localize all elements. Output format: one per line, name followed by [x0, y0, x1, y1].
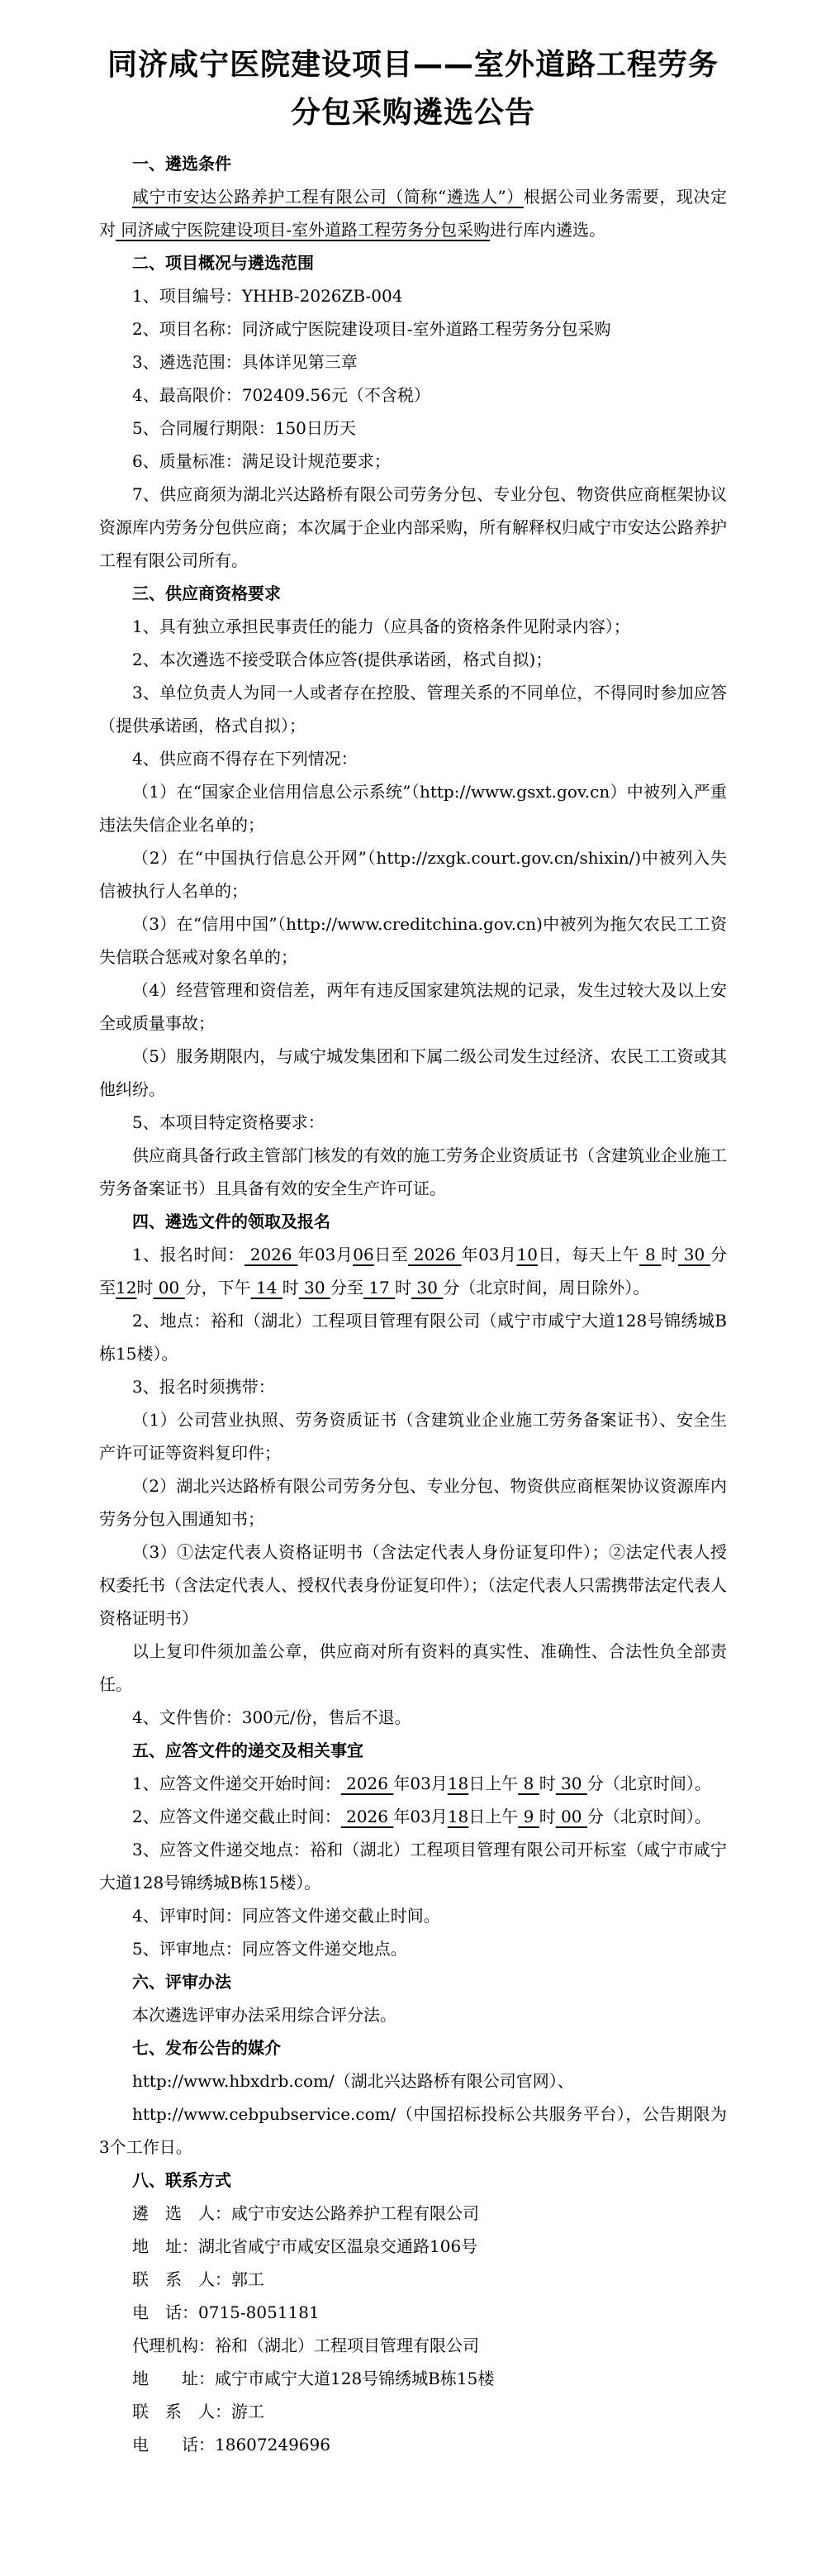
text-segment: 日上午 [468, 1774, 518, 1793]
paragraph: 地 址：湖北省咸宁市咸安区温泉交通路106号 [99, 2230, 727, 2263]
section-heading: 七、发布公告的媒介 [99, 2031, 727, 2064]
underlined-text: 12 [116, 1278, 136, 1298]
paragraph: 电 话：18607249696 [99, 2428, 727, 2461]
underlined-text: 咸宁市安达公路养护工程有限公司（简称“遴选人”） [132, 187, 524, 207]
paragraph: （1）在“国家企业信用信息公示系统”（http://www.gsxt.gov.c… [99, 775, 727, 841]
text-segment: 电 话：0715-8051181 [132, 2302, 320, 2322]
text-segment: 联 系 人：郭工 [132, 2269, 264, 2289]
text-segment: 分至 [330, 1278, 363, 1298]
text-segment: 二、项目概况与遴选范围 [132, 253, 314, 273]
text-segment: 2、应答文件递交截止时间： [132, 1807, 341, 1826]
paragraph: 5、合同履行期限：150日历天 [99, 412, 727, 445]
text-segment: 分，下午 [185, 1278, 251, 1298]
paragraph: 5、评审地点：同应答文件递交地点。 [99, 1932, 727, 1965]
text-segment: 4、供应商不得存在下列情况： [132, 749, 358, 769]
text-segment: 以上复印件须加盖公章，供应商对所有资料的真实性、准确性、合法性负全部责任。 [99, 1641, 727, 1694]
text-segment: 电 话：18607249696 [132, 2435, 330, 2455]
underlined-text: 00 [556, 1807, 587, 1826]
underlined-text: 00 [153, 1278, 184, 1298]
text-segment: 1、应答文件递交开始时间： [132, 1774, 341, 1793]
text-segment: 7、供应商须为湖北兴达路桥有限公司劳务分包、专业分包、物资供应商框架协议资源库内… [99, 484, 727, 570]
paragraph: （5）服务期限内，与咸宁城发集团和下属二级公司发生过经济、农民工工资或其他纠纷。 [99, 1040, 727, 1106]
paragraph: 2、本次遴选不接受联合体应答(提供承诺函，格式自拟)； [99, 643, 727, 676]
underlined-text: 18 [448, 1807, 468, 1826]
text-segment: 三、供应商资格要求 [132, 583, 281, 603]
paragraph: 4、评审时间：同应答文件递交截止时间。 [99, 1899, 727, 1932]
paragraph: 代理机构：裕和（湖北）工程项目管理有限公司 [99, 2329, 727, 2362]
underlined-text: 2026 [341, 1807, 394, 1826]
text-segment: 时 [539, 1774, 556, 1793]
paragraph: 3、报名时须携带： [99, 1370, 727, 1403]
paragraph: 遴 选 人：咸宁市安达公路养护工程有限公司 [99, 2197, 727, 2230]
text-segment: 分（北京时间，周日除外）。 [443, 1278, 649, 1298]
text-segment: 年03月 [462, 1245, 517, 1264]
paragraph: 咸宁市安达公路养护工程有限公司（简称“遴选人”）根据公司业务需要，现决定对 同济… [99, 180, 727, 246]
paragraph: 电 话：0715-8051181 [99, 2296, 727, 2329]
paragraph: 联 系 人：郭工 [99, 2263, 727, 2296]
underlined-text: 17 [363, 1278, 395, 1298]
paragraph: 3、应答文件递交地点：裕和（湖北）工程项目管理有限公司开标室（咸宁市咸宁大道12… [99, 1833, 727, 1899]
text-segment: 联 系 人：游工 [132, 2402, 264, 2421]
underlined-text: 30 [556, 1774, 587, 1793]
paragraph: （3）①法定代表人资格证明书（含法定代表人身份证复印件）；②法定代表人授权委托书… [99, 1536, 727, 1635]
underlined-text: 10 [516, 1245, 537, 1264]
paragraph: 本次遴选评审办法采用综合评分法。 [99, 1998, 727, 2031]
text-segment: （1）公司营业执照、劳务资质证书（含建筑业企业施工劳务备案证书）、安全生产许可证… [99, 1410, 727, 1463]
text-segment: （4）经营管理和资信差，两年有违反国家建筑法规的记录，发生过较大及以上安全或质量… [99, 980, 727, 1033]
text-segment: 进行库内遴选。 [490, 220, 605, 240]
text-segment: 日，每天上午 [538, 1245, 639, 1264]
text-segment: （3）在“信用中国”（http://www.creditchina.gov.cn… [99, 914, 727, 967]
section-heading: 五、应答文件的递交及相关事宜 [99, 1734, 727, 1767]
paragraph: 1、报名时间： 2026 年03月06日至 2026 年03月10日，每天上午 … [99, 1238, 727, 1304]
underlined-text: 06 [353, 1245, 373, 1264]
text-segment: 年03月 [297, 1245, 353, 1264]
paragraph: （3）在“信用中国”（http://www.creditchina.gov.cn… [99, 907, 727, 974]
section-heading: 四、遴选文件的领取及报名 [99, 1205, 727, 1238]
underlined-text: 14 [251, 1278, 282, 1298]
paragraph: 5、本项目特定资格要求： [99, 1106, 727, 1139]
paragraph: 地 址：咸宁市咸宁大道128号锦绣城B栋15楼 [99, 2362, 727, 2395]
text-segment: 代理机构：裕和（湖北）工程项目管理有限公司 [132, 2336, 479, 2355]
section-heading: 八、联系方式 [99, 2164, 727, 2197]
paragraph: http://www.hbxdrb.com/（湖北兴达路桥有限公司官网）、 [99, 2064, 727, 2097]
paragraph: http://www.cebpubservice.com/（中国招标投标公共服务… [99, 2097, 727, 2164]
text-segment: 一、遴选条件 [132, 154, 231, 174]
text-segment: 2、地点：裕和（湖北）工程项目管理有限公司（咸宁市咸宁大道128号锦绣城B栋15… [99, 1311, 727, 1364]
text-segment: 3、遴选范围：具体详见第三章 [132, 352, 358, 372]
section-heading: 二、项目概况与遴选范围 [99, 246, 727, 279]
paragraph: 1、具有独立承担民事责任的能力（应具备的资格条件见附录内容）； [99, 610, 727, 643]
text-segment: 3、单位负责人为同一人或者存在控股、管理关系的不同单位，不得同时参加应答（提供承… [99, 683, 727, 736]
text-segment: 3、报名时须携带： [132, 1377, 275, 1397]
document-title-line: 分包采购遴选公告 [99, 89, 727, 137]
text-segment: 4、最高限价：702409.56元（不含税） [132, 385, 430, 405]
text-segment: 1、项目编号：YHHB-2026ZB-004 [132, 286, 402, 306]
paragraph: 1、应答文件递交开始时间： 2026 年03月18日上午 8 时 30 分（北京… [99, 1767, 727, 1800]
paragraph: 1、项目编号：YHHB-2026ZB-004 [99, 279, 727, 312]
text-segment: （5）服务期限内，与咸宁城发集团和下属二级公司发生过经济、农民工工资或其他纠纷。 [99, 1046, 727, 1099]
text-segment: 5、评审地点：同应答文件递交地点。 [132, 1939, 407, 1959]
text-segment: 分（北京时间）。 [587, 1774, 711, 1793]
section-heading: 一、遴选条件 [99, 147, 727, 180]
paragraph: （2）在“中国执行信息公开网”（http://zxgk.court.gov.cn… [99, 841, 727, 907]
text-segment: 时 [136, 1278, 153, 1298]
paragraph: 供应商具备行政主管部门核发的有效的施工劳务企业资质证书（含建筑业企业施工劳务备案… [99, 1139, 727, 1205]
text-segment: 五、应答文件的递交及相关事宜 [132, 1740, 363, 1760]
text-segment: 时 [661, 1245, 677, 1264]
paragraph: （4）经营管理和资信差，两年有违反国家建筑法规的记录，发生过较大及以上安全或质量… [99, 974, 727, 1040]
text-segment: http://www.hbxdrb.com/（湖北兴达路桥有限公司官网）、 [132, 2071, 574, 2091]
underlined-text: 9 [518, 1807, 539, 1826]
page: 同济咸宁医院建设项目——室外道路工程劳务分包采购遴选公告 一、遴选条件咸宁市安达… [0, 0, 826, 2576]
text-segment: （2）湖北兴达路桥有限公司劳务分包、专业分包、物资供应商框架协议资源库内劳务分包… [99, 1476, 727, 1529]
text-segment: 5、本项目特定资格要求： [132, 1112, 325, 1132]
paragraph: （2）湖北兴达路桥有限公司劳务分包、专业分包、物资供应商框架协议资源库内劳务分包… [99, 1469, 727, 1536]
paragraph: 2、应答文件递交截止时间： 2026 年03月18日上午 9 时 00 分（北京… [99, 1800, 727, 1833]
text-segment: 时 [539, 1807, 556, 1826]
paragraph: 3、遴选范围：具体详见第三章 [99, 345, 727, 379]
section-heading: 三、供应商资格要求 [99, 577, 727, 610]
text-segment: 2、项目名称：同济咸宁医院建设项目-室外道路工程劳务分包采购 [132, 319, 610, 339]
paragraph: 联 系 人：游工 [99, 2395, 727, 2428]
text-segment: 6、质量标准：满足设计规范要求； [132, 451, 391, 471]
paragraph: 4、文件售价：300元/份，售后不退。 [99, 1701, 727, 1734]
text-segment: （1）在“国家企业信用信息公示系统”（http://www.gsxt.gov.c… [99, 782, 727, 835]
underlined-text: 30 [678, 1245, 710, 1264]
paragraph: 4、供应商不得存在下列情况： [99, 742, 727, 775]
text-segment: （3）①法定代表人资格证明书（含法定代表人身份证复印件）；②法定代表人授权委托书… [99, 1542, 727, 1628]
underlined-text: 同济咸宁医院建设项目-室外道路工程劳务分包采购 [116, 220, 490, 240]
underlined-text: 8 [639, 1245, 661, 1264]
section-heading: 六、评审办法 [99, 1965, 727, 1998]
text-segment: 遴 选 人：咸宁市安达公路养护工程有限公司 [132, 2203, 479, 2223]
text-segment: 地 址：咸宁市咸宁大道128号锦绣城B栋15楼 [132, 2369, 494, 2388]
paragraph: 以上复印件须加盖公章，供应商对所有资料的真实性、准确性、合法性负全部责任。 [99, 1635, 727, 1701]
underlined-text: 2026 [341, 1774, 394, 1793]
underlined-text: 8 [518, 1774, 539, 1793]
text-segment: 七、发布公告的媒介 [132, 2038, 281, 2058]
text-segment: 六、评审办法 [132, 1972, 231, 1992]
text-segment: 1、报名时间： [132, 1245, 244, 1264]
paragraph: （1）公司营业执照、劳务资质证书（含建筑业企业施工劳务备案证书）、安全生产许可证… [99, 1403, 727, 1469]
text-segment: 时 [395, 1278, 411, 1298]
text-segment: 四、遴选文件的领取及报名 [132, 1212, 330, 1231]
text-segment: 时 [282, 1278, 299, 1298]
paragraph: 3、单位负责人为同一人或者存在控股、管理关系的不同单位，不得同时参加应答（提供承… [99, 676, 727, 742]
paragraph: 6、质量标准：满足设计规范要求； [99, 445, 727, 478]
text-segment: 分（北京时间）。 [587, 1807, 711, 1826]
text-segment: 日上午 [468, 1807, 518, 1826]
underlined-text: 30 [411, 1278, 443, 1298]
text-segment: 4、文件售价：300元/份，售后不退。 [132, 1707, 411, 1727]
underlined-text: 18 [448, 1774, 468, 1793]
paragraph: 2、项目名称：同济咸宁医院建设项目-室外道路工程劳务分包采购 [99, 312, 727, 345]
document-body: 一、遴选条件咸宁市安达公路养护工程有限公司（简称“遴选人”）根据公司业务需要，现… [99, 147, 727, 2461]
underlined-text: 2026 [408, 1245, 462, 1264]
text-segment: http://www.cebpubservice.com/（中国招标投标公共服务… [99, 2104, 727, 2157]
paragraph: 7、供应商须为湖北兴达路桥有限公司劳务分包、专业分包、物资供应商框架协议资源库内… [99, 478, 727, 577]
text-segment: 1、具有独立承担民事责任的能力（应具备的资格条件见附录内容）； [132, 617, 630, 636]
underlined-text: 2026 [244, 1245, 298, 1264]
paragraph: 2、地点：裕和（湖北）工程项目管理有限公司（咸宁市咸宁大道128号锦绣城B栋15… [99, 1304, 727, 1370]
document-title: 同济咸宁医院建设项目——室外道路工程劳务分包采购遴选公告 [99, 41, 727, 137]
underlined-text: 30 [299, 1278, 330, 1298]
document: 同济咸宁医院建设项目——室外道路工程劳务分包采购遴选公告 一、遴选条件咸宁市安达… [0, 0, 826, 2461]
text-segment: 4、评审时间：同应答文件递交截止时间。 [132, 1906, 440, 1926]
text-segment: 八、联系方式 [132, 2170, 231, 2190]
text-segment: 年03月 [393, 1774, 447, 1793]
text-segment: 供应商具备行政主管部门核发的有效的施工劳务企业资质证书（含建筑业企业施工劳务备案… [99, 1145, 727, 1198]
text-segment: 地 址：湖北省咸宁市咸安区温泉交通路106号 [132, 2236, 477, 2256]
paragraph: 4、最高限价：702409.56元（不含税） [99, 379, 727, 412]
text-segment: 年03月 [393, 1807, 447, 1826]
text-segment: 本次遴选评审办法采用综合评分法。 [132, 2005, 396, 2025]
text-segment: 日至 [374, 1245, 408, 1264]
text-segment: 3、应答文件递交地点：裕和（湖北）工程项目管理有限公司开标室（咸宁市咸宁大道12… [99, 1840, 727, 1893]
text-segment: 5、合同履行期限：150日历天 [132, 418, 356, 438]
text-segment: 2、本次遴选不接受联合体应答(提供承诺函，格式自拟)； [132, 650, 552, 669]
document-title-line: 同济咸宁医院建设项目——室外道路工程劳务 [99, 41, 727, 89]
text-segment: （2）在“中国执行信息公开网”（http://zxgk.court.gov.cn… [99, 848, 727, 901]
